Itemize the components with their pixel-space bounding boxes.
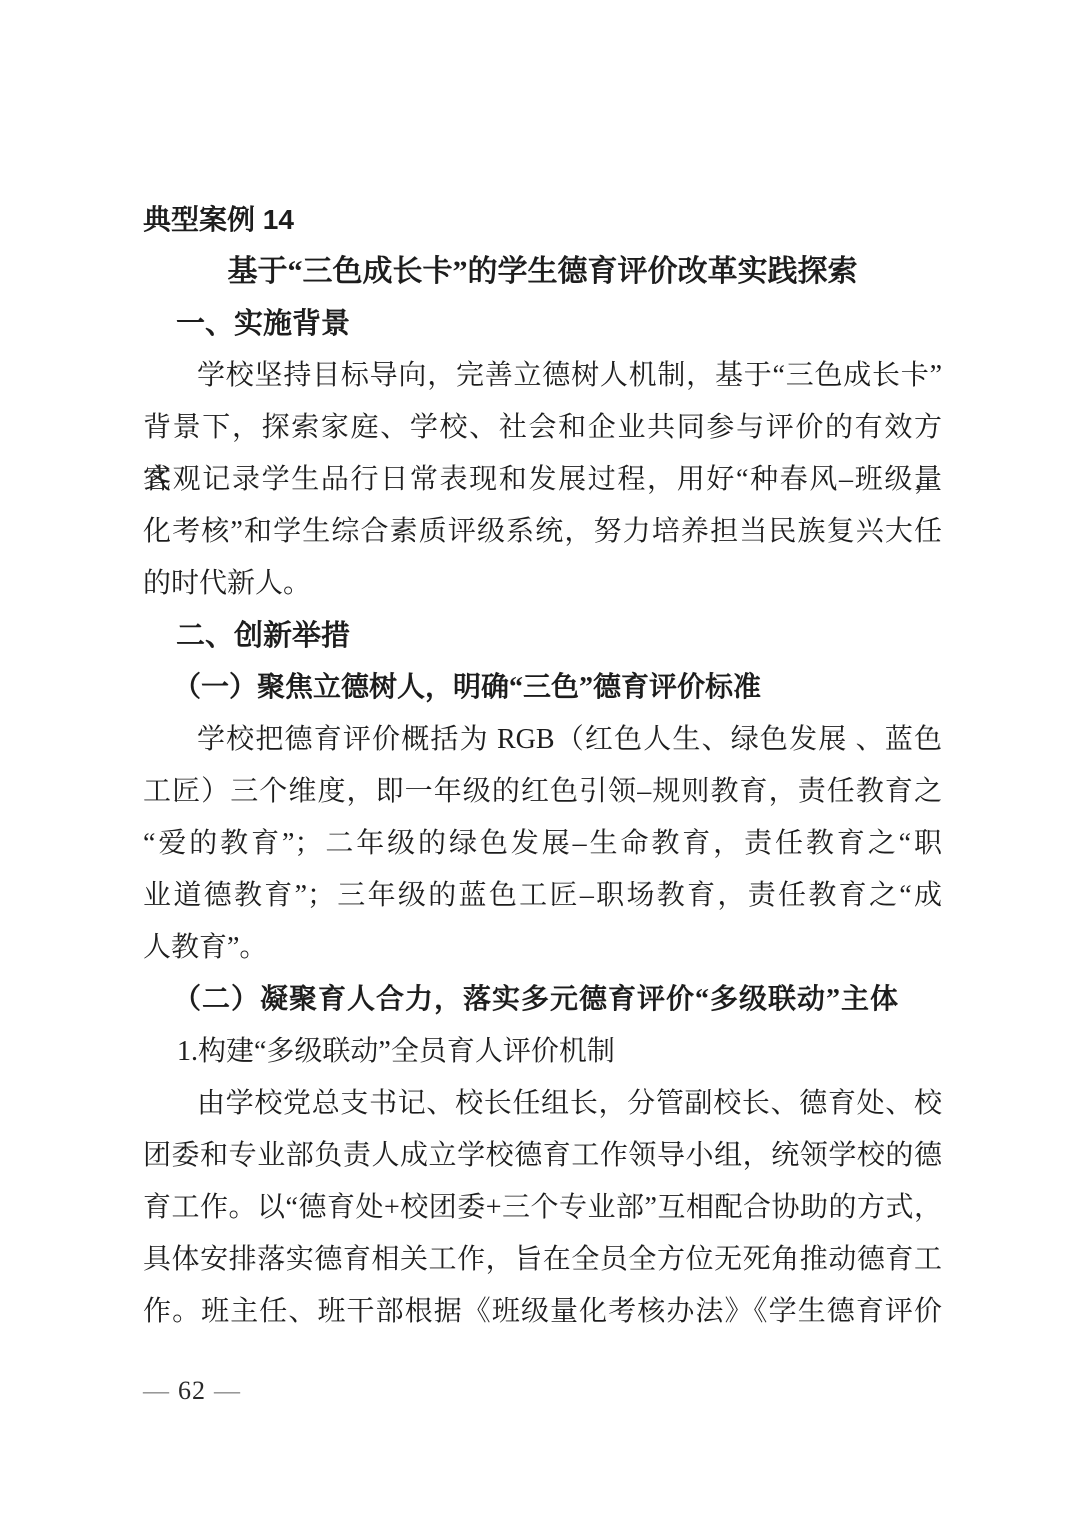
paragraph-1-line-1: 学校坚持目标导向，完善立德树人机制，基于“三色成长卡” xyxy=(143,350,942,402)
document-title: 基于“三色成长卡”的学生德育评价改革实践探索 xyxy=(143,246,942,298)
paragraph-3-line-1: 由学校党总支书记、校长任组长，分管副校长、德育处、校 xyxy=(143,1078,942,1130)
section-heading-2: 二、创新举措 xyxy=(143,610,942,662)
paragraph-3-line-4: 具体安排落实德育相关工作，旨在全员全方位无死角推动德育工 xyxy=(143,1234,942,1286)
page-number: 62 xyxy=(170,1376,214,1405)
minor-heading-1: 1.构建“多级联动”全员育人评价机制 xyxy=(143,1026,942,1078)
paragraph-1-line-2: 背景下，探索家庭、学校、社会和企业共同参与评价的有效方式， xyxy=(143,402,942,454)
subsection-heading-2-2: （二）凝聚育人合力，落实多元德育评价“多级联动”主体 xyxy=(143,974,942,1026)
paragraph-2-line-3: “爱的教育”；二年级的绿色发展–生命教育，责任教育之“职 xyxy=(143,818,942,870)
subsection-heading-2-1: （一）聚焦立德树人，明确“三色”德育评价标准 xyxy=(143,662,942,714)
paragraph-3-line-3: 育工作。以“德育处+校团委+三个专业部”互相配合协助的方式， xyxy=(143,1182,942,1234)
paragraph-1-line-4: 化考核”和学生综合素质评级系统，努力培养担当民族复兴大任 xyxy=(143,506,942,558)
paragraph-3-line-2: 团委和专业部负责人成立学校德育工作领导小组，统领学校的德 xyxy=(143,1130,942,1182)
footer-right-dash: — xyxy=(214,1376,241,1405)
paragraph-2-line-2: 工匠）三个维度，即一年级的红色引领–规则教育，责任教育之 xyxy=(143,766,942,818)
paragraph-3-line-5: 作。班主任、班干部根据《班级量化考核办法》《学生德育评价 xyxy=(143,1286,942,1338)
section-heading-1: 一、实施背景 xyxy=(143,298,942,350)
paragraph-1-line-3: 客观记录学生品行日常表现和发展过程，用好“种春风–班级量 xyxy=(143,454,942,506)
document-page: 典型案例 14 基于“三色成长卡”的学生德育评价改革实践探索 一、实施背景 学校… xyxy=(0,0,1074,1520)
page-footer: —62— xyxy=(143,1376,942,1406)
footer-left-dash: — xyxy=(143,1376,170,1405)
paragraph-1-line-5: 的时代新人。 xyxy=(143,558,942,610)
paragraph-2-line-1: 学校把德育评价概括为 RGB（红色人生、绿色发展 、蓝色 xyxy=(143,714,942,766)
paragraph-2-line-4: 业道德教育”；三年级的蓝色工匠–职场教育，责任教育之“成 xyxy=(143,870,942,922)
case-label: 典型案例 14 xyxy=(143,194,942,246)
paragraph-2-line-5: 人教育”。 xyxy=(143,922,942,974)
